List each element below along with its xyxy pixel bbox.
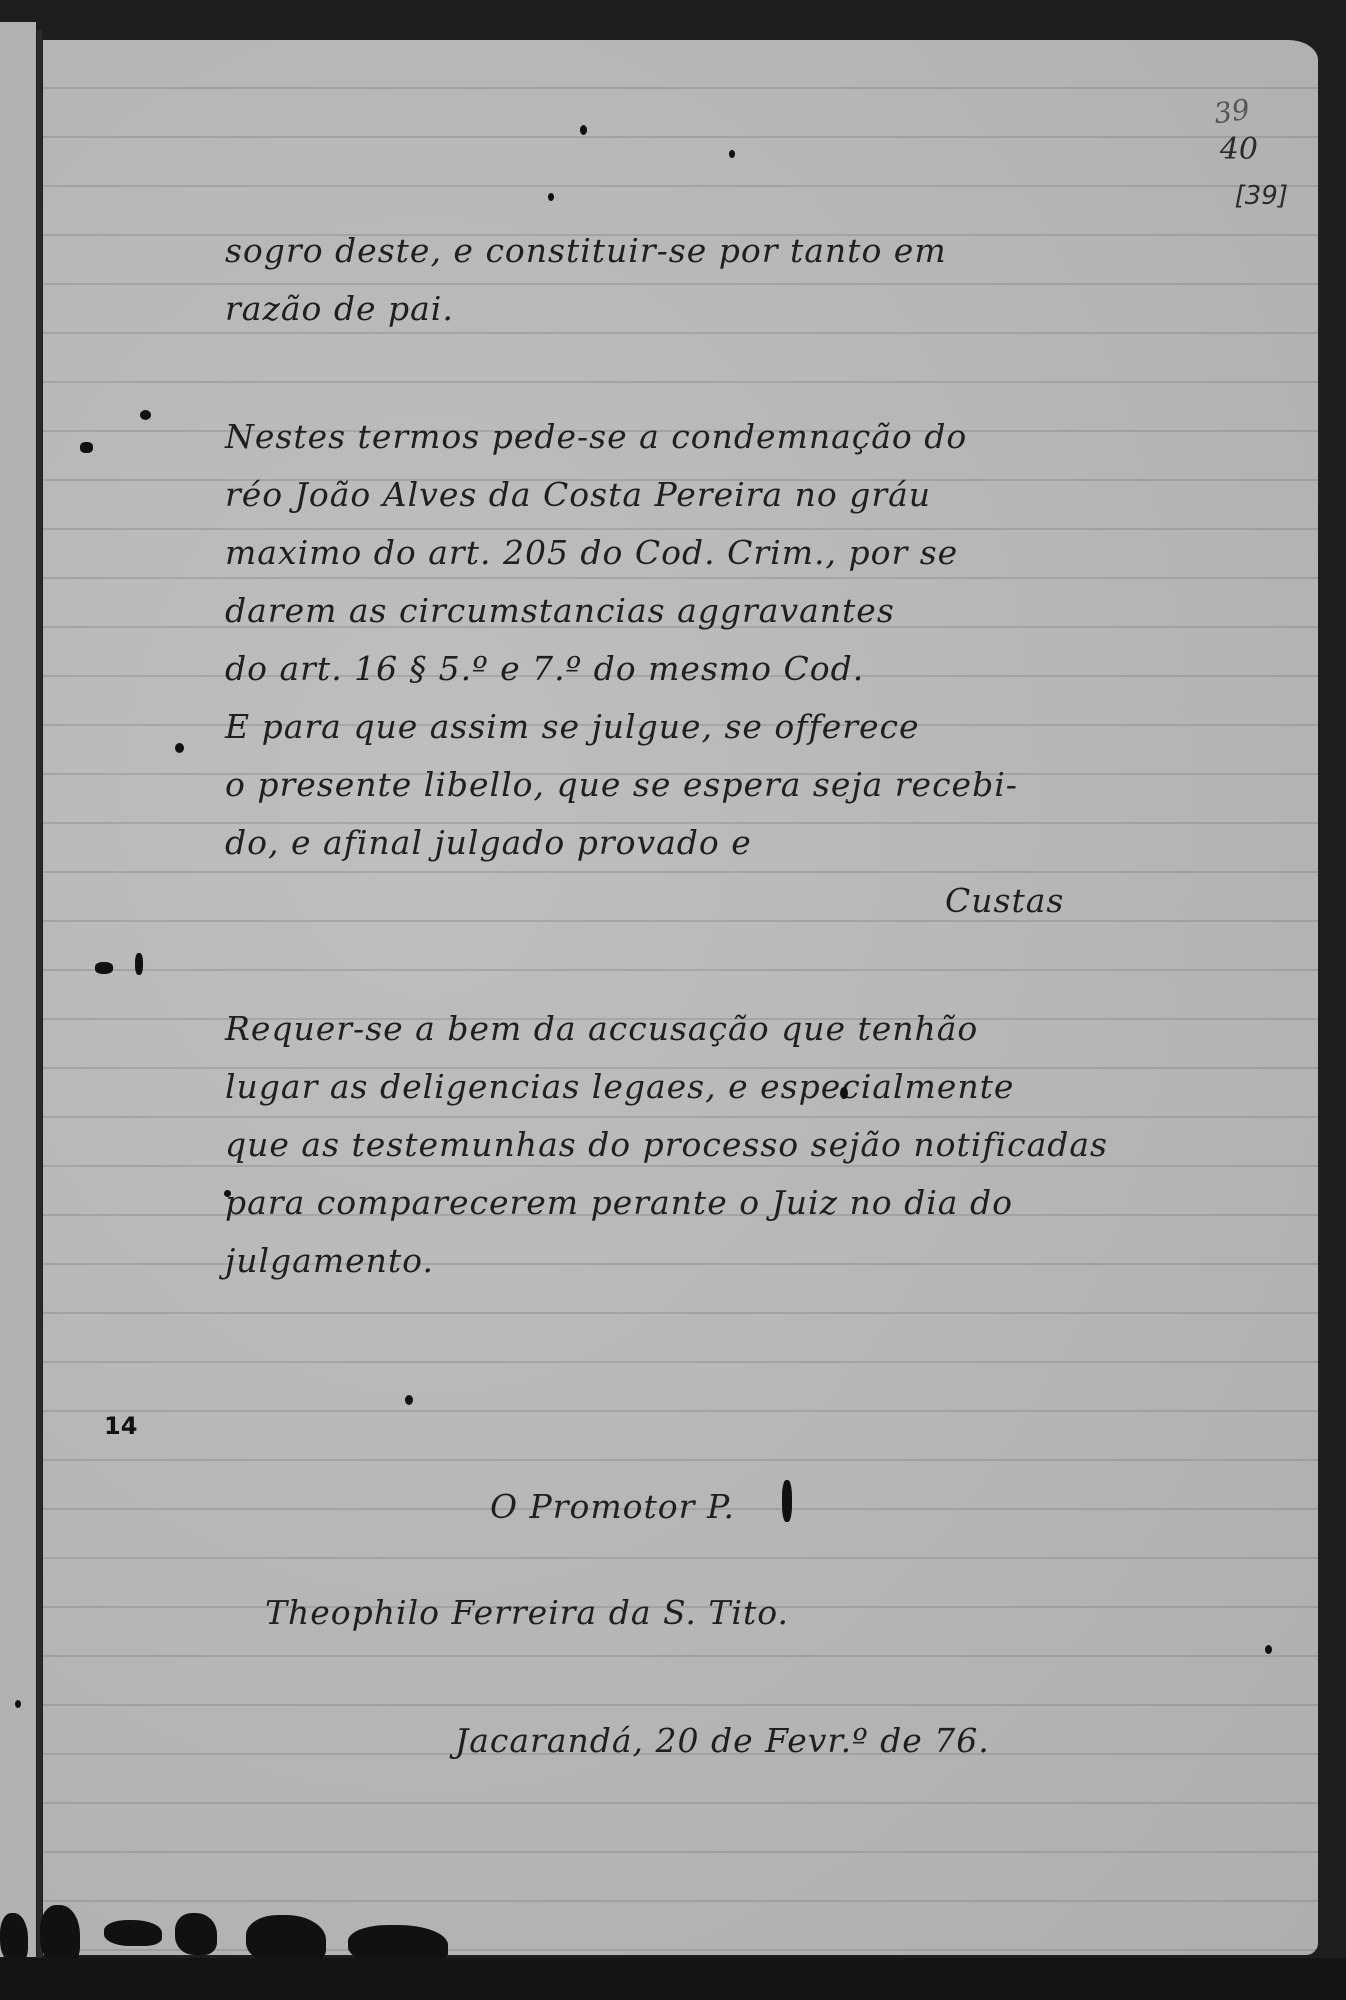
current-folio-number: 40: [1214, 132, 1258, 167]
ink-spot: [729, 150, 735, 158]
section-spacer: [225, 1290, 1305, 1430]
text-line: Nestes termos pede-se a condemnação do: [225, 408, 1305, 466]
ink-spot: [140, 410, 151, 420]
manuscript-text: sogro deste, e constituir-se por tanto e…: [225, 222, 1305, 1770]
text-line: lugar as deligencias legaes, e especialm…: [225, 1058, 1305, 1116]
costas-annotation: Custas: [225, 872, 1305, 930]
bracketed-folio-number: [39]: [1214, 181, 1288, 211]
ink-spot: [548, 193, 554, 201]
text-line: Requer-se a bem da accusação que tenhão: [225, 1000, 1305, 1058]
scanned-document-background: 39 40 [39] sogro deste, e constituir-se …: [0, 0, 1346, 2000]
previous-page-edge: [0, 22, 36, 1957]
text-line: do, e afinal julgado provado e: [225, 814, 1305, 872]
section-spacer: [225, 1536, 1305, 1584]
ink-spot: [175, 743, 184, 753]
paragraph-spacer: [225, 338, 1305, 408]
ink-spot: [224, 1190, 231, 1197]
binding-line: [37, 30, 42, 2000]
signature-title: O Promotor P.: [225, 1478, 1305, 1536]
paragraph-spacer: [225, 930, 1305, 1000]
ink-spot: [782, 1480, 792, 1522]
text-line: julgamento.: [225, 1232, 1305, 1290]
folio-numbers: 39 40 [39]: [1214, 95, 1288, 211]
ink-spot: [95, 962, 113, 974]
text-line: o presente libello, que se espera seja r…: [225, 756, 1305, 814]
torn-bottom-edge-blots: [0, 1905, 500, 1965]
text-line: que as testemunhas do processo sejão not…: [225, 1116, 1305, 1174]
text-line: do art. 16 § 5.º e 7.º do mesmo Cod.: [225, 640, 1305, 698]
bottom-page-edge: [0, 1958, 1346, 2000]
ink-spot: [1265, 1645, 1272, 1654]
text-line: E para que assim se julgue, se offerece: [225, 698, 1305, 756]
ink-spot: [580, 125, 587, 135]
ink-spot: [405, 1395, 413, 1405]
section-spacer: [225, 1430, 1305, 1478]
text-line: darem as circumstancias aggravantes: [225, 582, 1305, 640]
text-line: maximo do art. 205 do Cod. Crim., por se: [225, 524, 1305, 582]
ink-spot: [135, 953, 143, 975]
place-and-date: Jacarandá, 20 de Fevr.º de 76.: [225, 1712, 1305, 1770]
ink-spot: [80, 442, 93, 453]
text-line: réo João Alves da Costa Pereira no gráu: [225, 466, 1305, 524]
ink-spot: [840, 1087, 848, 1099]
margin-mark: 14: [104, 1412, 137, 1440]
text-line: razão de pai.: [225, 280, 1305, 338]
old-folio-number: 39: [1212, 93, 1252, 131]
section-spacer: [225, 1642, 1305, 1712]
ink-spot: [15, 1700, 21, 1708]
text-line: sogro deste, e constituir-se por tanto e…: [225, 222, 1305, 280]
text-line: para comparecerem perante o Juiz no dia …: [225, 1174, 1305, 1232]
signature-name: Theophilo Ferreira da S. Tito.: [225, 1584, 1305, 1642]
